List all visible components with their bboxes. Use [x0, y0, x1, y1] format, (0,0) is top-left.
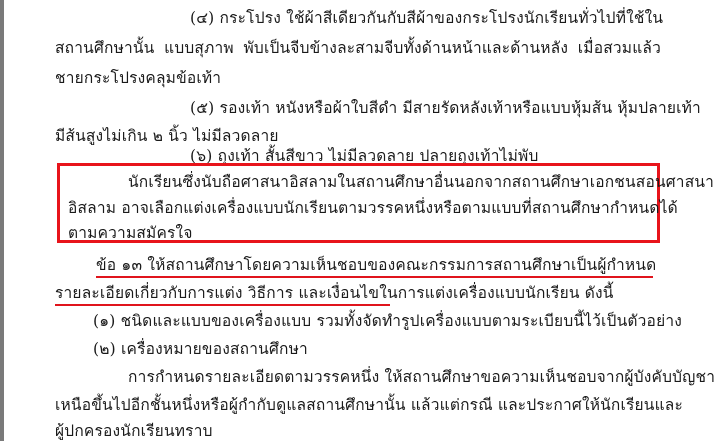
- paragraph-line-3: ผู้ปกครองนักเรียนทราบ: [55, 421, 213, 441]
- red-underline-1: [96, 276, 653, 278]
- islam-paragraph-line-1: นักเรียนซึ่งนับถือศาสนาอิสลามในสถานศึกษา…: [128, 172, 714, 192]
- islam-paragraph-line-2: อิสลาม อาจเลือกแต่งเครื่องแบบนักเรียนตาม…: [68, 198, 678, 218]
- article-13-line-1: ข้อ ๑๓ ให้สถานศึกษาโดยความเห็นชอบของคณะก…: [96, 255, 656, 275]
- article-13-line-2: รายละเอียดเกี่ยวกับการแต่ง วิธีการ และเง…: [55, 283, 614, 303]
- item-5-line-2: มีส้นสูงไม่เกิน ๒ นิ้ว ไม่มีลวดลาย: [55, 126, 279, 146]
- document-page: (๔) กระโปรง ใช้ผ้าสีเดียวกันกับสีผ้าของก…: [0, 0, 720, 441]
- item-5-line-1: (๕) รองเท้า หนังหรือผ้าใบสีดำ มีสายรัดหล…: [190, 98, 701, 118]
- article-13-item-2: (๒) เครื่องหมายของสถานศึกษา: [93, 339, 308, 359]
- item-4-line-1: (๔) กระโปรง ใช้ผ้าสีเดียวกันกับสีผ้าของก…: [190, 8, 663, 28]
- islam-paragraph-line-3: ตามความสมัครใจ: [68, 223, 193, 243]
- paragraph-line-1: การกำหนดรายละเอียดตามวรรคหนึ่ง ให้สถานศึ…: [128, 367, 715, 387]
- article-13-item-1: (๑) ชนิดและแบบของเครื่องแบบ รวมทั้งจัดทำ…: [93, 311, 682, 331]
- red-underline-2: [55, 304, 390, 306]
- item-4-line-2: สถานศึกษานั้น แบบสุภาพ พับเป็นจีบข้างละส…: [55, 38, 661, 58]
- item-4-line-3: ชายกระโปรงคลุมข้อเท้า: [55, 68, 221, 88]
- paragraph-line-2: เหนือขึ้นไปอีกชั้นหนึ่งหรือผู้กำกับดูแลส…: [55, 395, 661, 415]
